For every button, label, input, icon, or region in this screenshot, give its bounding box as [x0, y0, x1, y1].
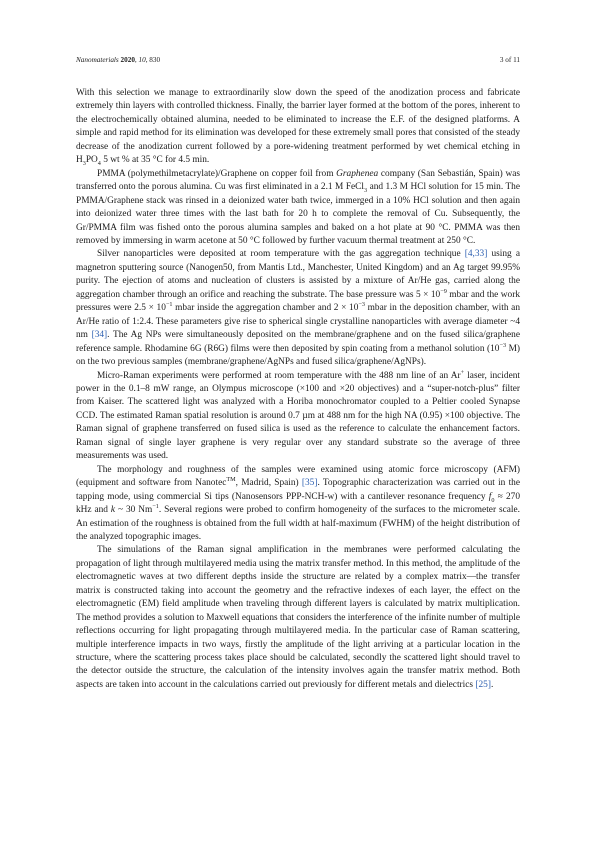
- text-run: mbar inside the aggregation chamber and …: [172, 303, 358, 313]
- journal-name: Nanomaterials: [76, 56, 119, 64]
- text-run: PMMA (polymethilmetacrylate)/Graphene on…: [97, 169, 336, 179]
- citation-link[interactable]: [34]: [92, 330, 108, 340]
- text-run: ~ 30 Nm: [115, 505, 152, 515]
- citation-link[interactable]: [35]: [302, 478, 318, 488]
- text-run: With this selection we manage to extraor…: [76, 88, 520, 165]
- running-header: Nanomaterials 2020, 10, 830 3 of 11: [76, 56, 520, 68]
- text-run: PO: [86, 155, 98, 165]
- paragraph-p3: Silver nanoparticles were deposited at r…: [76, 248, 520, 369]
- text-run: , Madrid, Spain): [236, 478, 302, 488]
- paragraph-p5: The morphology and roughness of the samp…: [76, 464, 520, 545]
- text-run: Silver nanoparticles were deposited at r…: [97, 249, 465, 259]
- citation-link[interactable]: [25]: [475, 680, 491, 690]
- paragraph-p6: The simulations of the Raman signal ampl…: [76, 544, 520, 692]
- text-run: 5 wt % at 35 °C for 4.5 min.: [101, 155, 209, 165]
- citation-link[interactable]: [4,33]: [465, 249, 488, 259]
- journal-citation: Nanomaterials 2020, 10, 830: [76, 56, 160, 64]
- paragraph-p4: Micro-Raman experiments were performed a…: [76, 370, 520, 464]
- journal-year: 2020: [121, 56, 135, 64]
- text-run: The simulations of the Raman signal ampl…: [76, 545, 520, 690]
- text-run: Micro-Raman experiments were performed a…: [97, 371, 461, 381]
- journal-volume: 10: [139, 56, 146, 64]
- document-page: Nanomaterials 2020, 10, 830 3 of 11 With…: [0, 0, 595, 842]
- text-run: .: [491, 680, 493, 690]
- italic-text: Graphenea: [336, 169, 378, 179]
- superscript: −9: [440, 288, 447, 295]
- page-indicator: 3 of 11: [500, 56, 520, 64]
- superscript: −1: [152, 503, 159, 510]
- paragraph-p2: PMMA (polymethilmetacrylate)/Graphene on…: [76, 168, 520, 249]
- superscript: TM: [226, 476, 235, 483]
- body-text: With this selection we manage to extraor…: [76, 87, 520, 692]
- text-run: laser, incident power in the 0.1–8 mW ra…: [76, 371, 520, 462]
- article-number: 830: [149, 56, 160, 64]
- paragraph-p1: With this selection we manage to extraor…: [76, 87, 520, 168]
- superscript: −3: [358, 301, 365, 308]
- text-run: . The Ag NPs were simultaneously deposit…: [76, 330, 520, 353]
